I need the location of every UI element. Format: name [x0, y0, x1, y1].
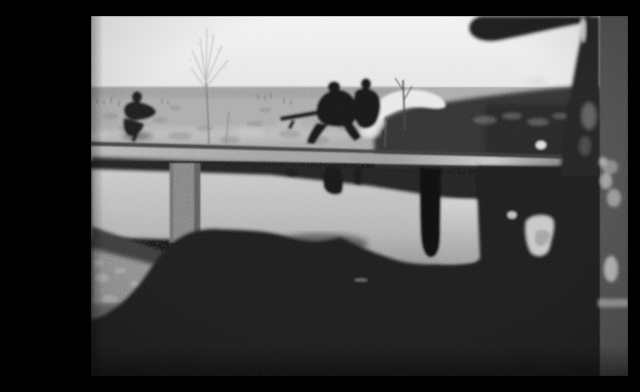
film-still: Archival black-and-white war film still — [40, 16, 640, 376]
film-still-canvas: Archival black-and-white war film still — [40, 16, 640, 376]
frame-content — [85, 16, 628, 376]
film-grain-soft — [91, 16, 628, 376]
